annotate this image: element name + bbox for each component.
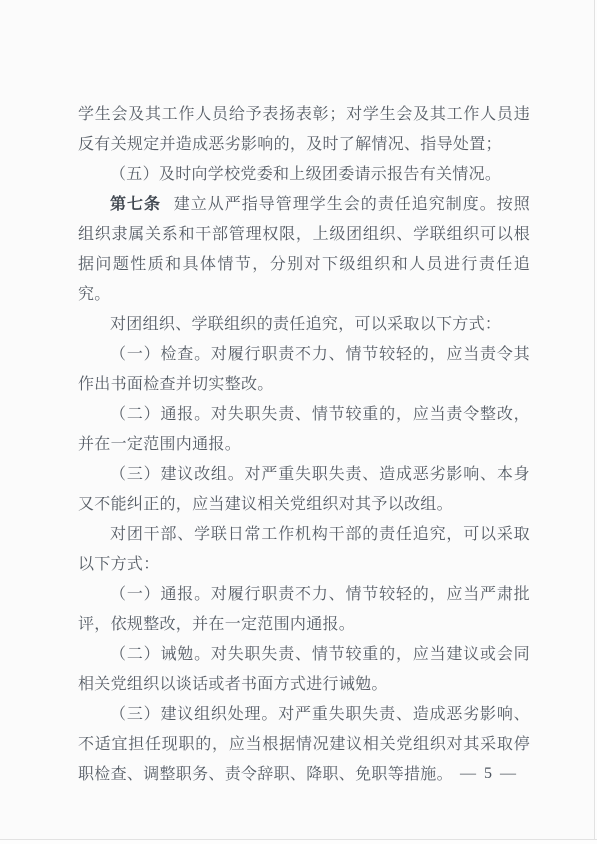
paragraph: （五）及时向学校党委和上级团委请示报告有关情况。 — [78, 160, 530, 190]
paragraph: （二）通报。对失职失责、情节较重的，应当责令整改，并在一定范围内通报。 — [78, 400, 530, 460]
scan-strip-bottom — [0, 840, 597, 844]
page-number: — 5 — — [460, 763, 518, 785]
paragraph: 第七条建立从严指导管理学生会的责任追究制度。按照组织隶属关系和干部管理权限，上级… — [78, 190, 530, 310]
paragraph: 学生会及其工作人员给予表扬表彰；对学生会及其工作人员违反有关规定并造成恶劣影响的… — [78, 100, 530, 160]
document-text: 学生会及其工作人员给予表扬表彰；对学生会及其工作人员违反有关规定并造成恶劣影响的… — [78, 100, 530, 790]
paragraph-text: （五）及时向学校党委和上级团委请示报告有关情况。 — [110, 166, 501, 183]
paragraph-text: （一）检查。对履行职责不力、情节较轻的，应当责令其作出书面检查并切实整改。 — [78, 346, 530, 393]
scan-edge-bottom — [0, 839, 597, 840]
paragraph: （三）建议改组。对严重失职失责、造成恶劣影响、本身又不能纠正的，应当建议相关党组… — [78, 460, 530, 520]
paragraph-text: （一）通报。对履行职责不力、情节较轻的，应当严肃批评，依规整改，并在一定范围内通… — [78, 586, 530, 633]
paragraph-text: 对团干部、学联日常工作机构干部的责任追究，可以采取以下方式： — [78, 526, 530, 573]
paragraph: （二）诫勉。对失职失责、情节较重的，应当建议或会同相关党组织以谈话或者书面方式进… — [78, 640, 530, 700]
paragraph-text: 对团组织、学联组织的责任追究，可以采取以下方式： — [110, 316, 501, 333]
scan-edge-right — [594, 0, 595, 844]
paragraph: （一）检查。对履行职责不力、情节较轻的，应当责令其作出书面检查并切实整改。 — [78, 340, 530, 400]
paragraph-text: 学生会及其工作人员给予表扬表彰；对学生会及其工作人员违反有关规定并造成恶劣影响的… — [78, 106, 530, 153]
article-number: 第七条 — [110, 196, 161, 213]
paragraph-text: （三）建议改组。对严重失职失责、造成恶劣影响、本身又不能纠正的，应当建议相关党组… — [78, 466, 530, 513]
paragraph-text: （二）通报。对失职失责、情节较重的，应当责令整改，并在一定范围内通报。 — [78, 406, 530, 453]
paragraph-text: （二）诫勉。对失职失责、情节较重的，应当建议或会同相关党组织以谈话或者书面方式进… — [78, 646, 530, 693]
document-page: 学生会及其工作人员给予表扬表彰；对学生会及其工作人员违反有关规定并造成恶劣影响的… — [0, 0, 597, 844]
paragraph: （一）通报。对履行职责不力、情节较轻的，应当严肃批评，依规整改，并在一定范围内通… — [78, 580, 530, 640]
paragraph: 对团干部、学联日常工作机构干部的责任追究，可以采取以下方式： — [78, 520, 530, 580]
paragraph: 对团组织、学联组织的责任追究，可以采取以下方式： — [78, 310, 530, 340]
